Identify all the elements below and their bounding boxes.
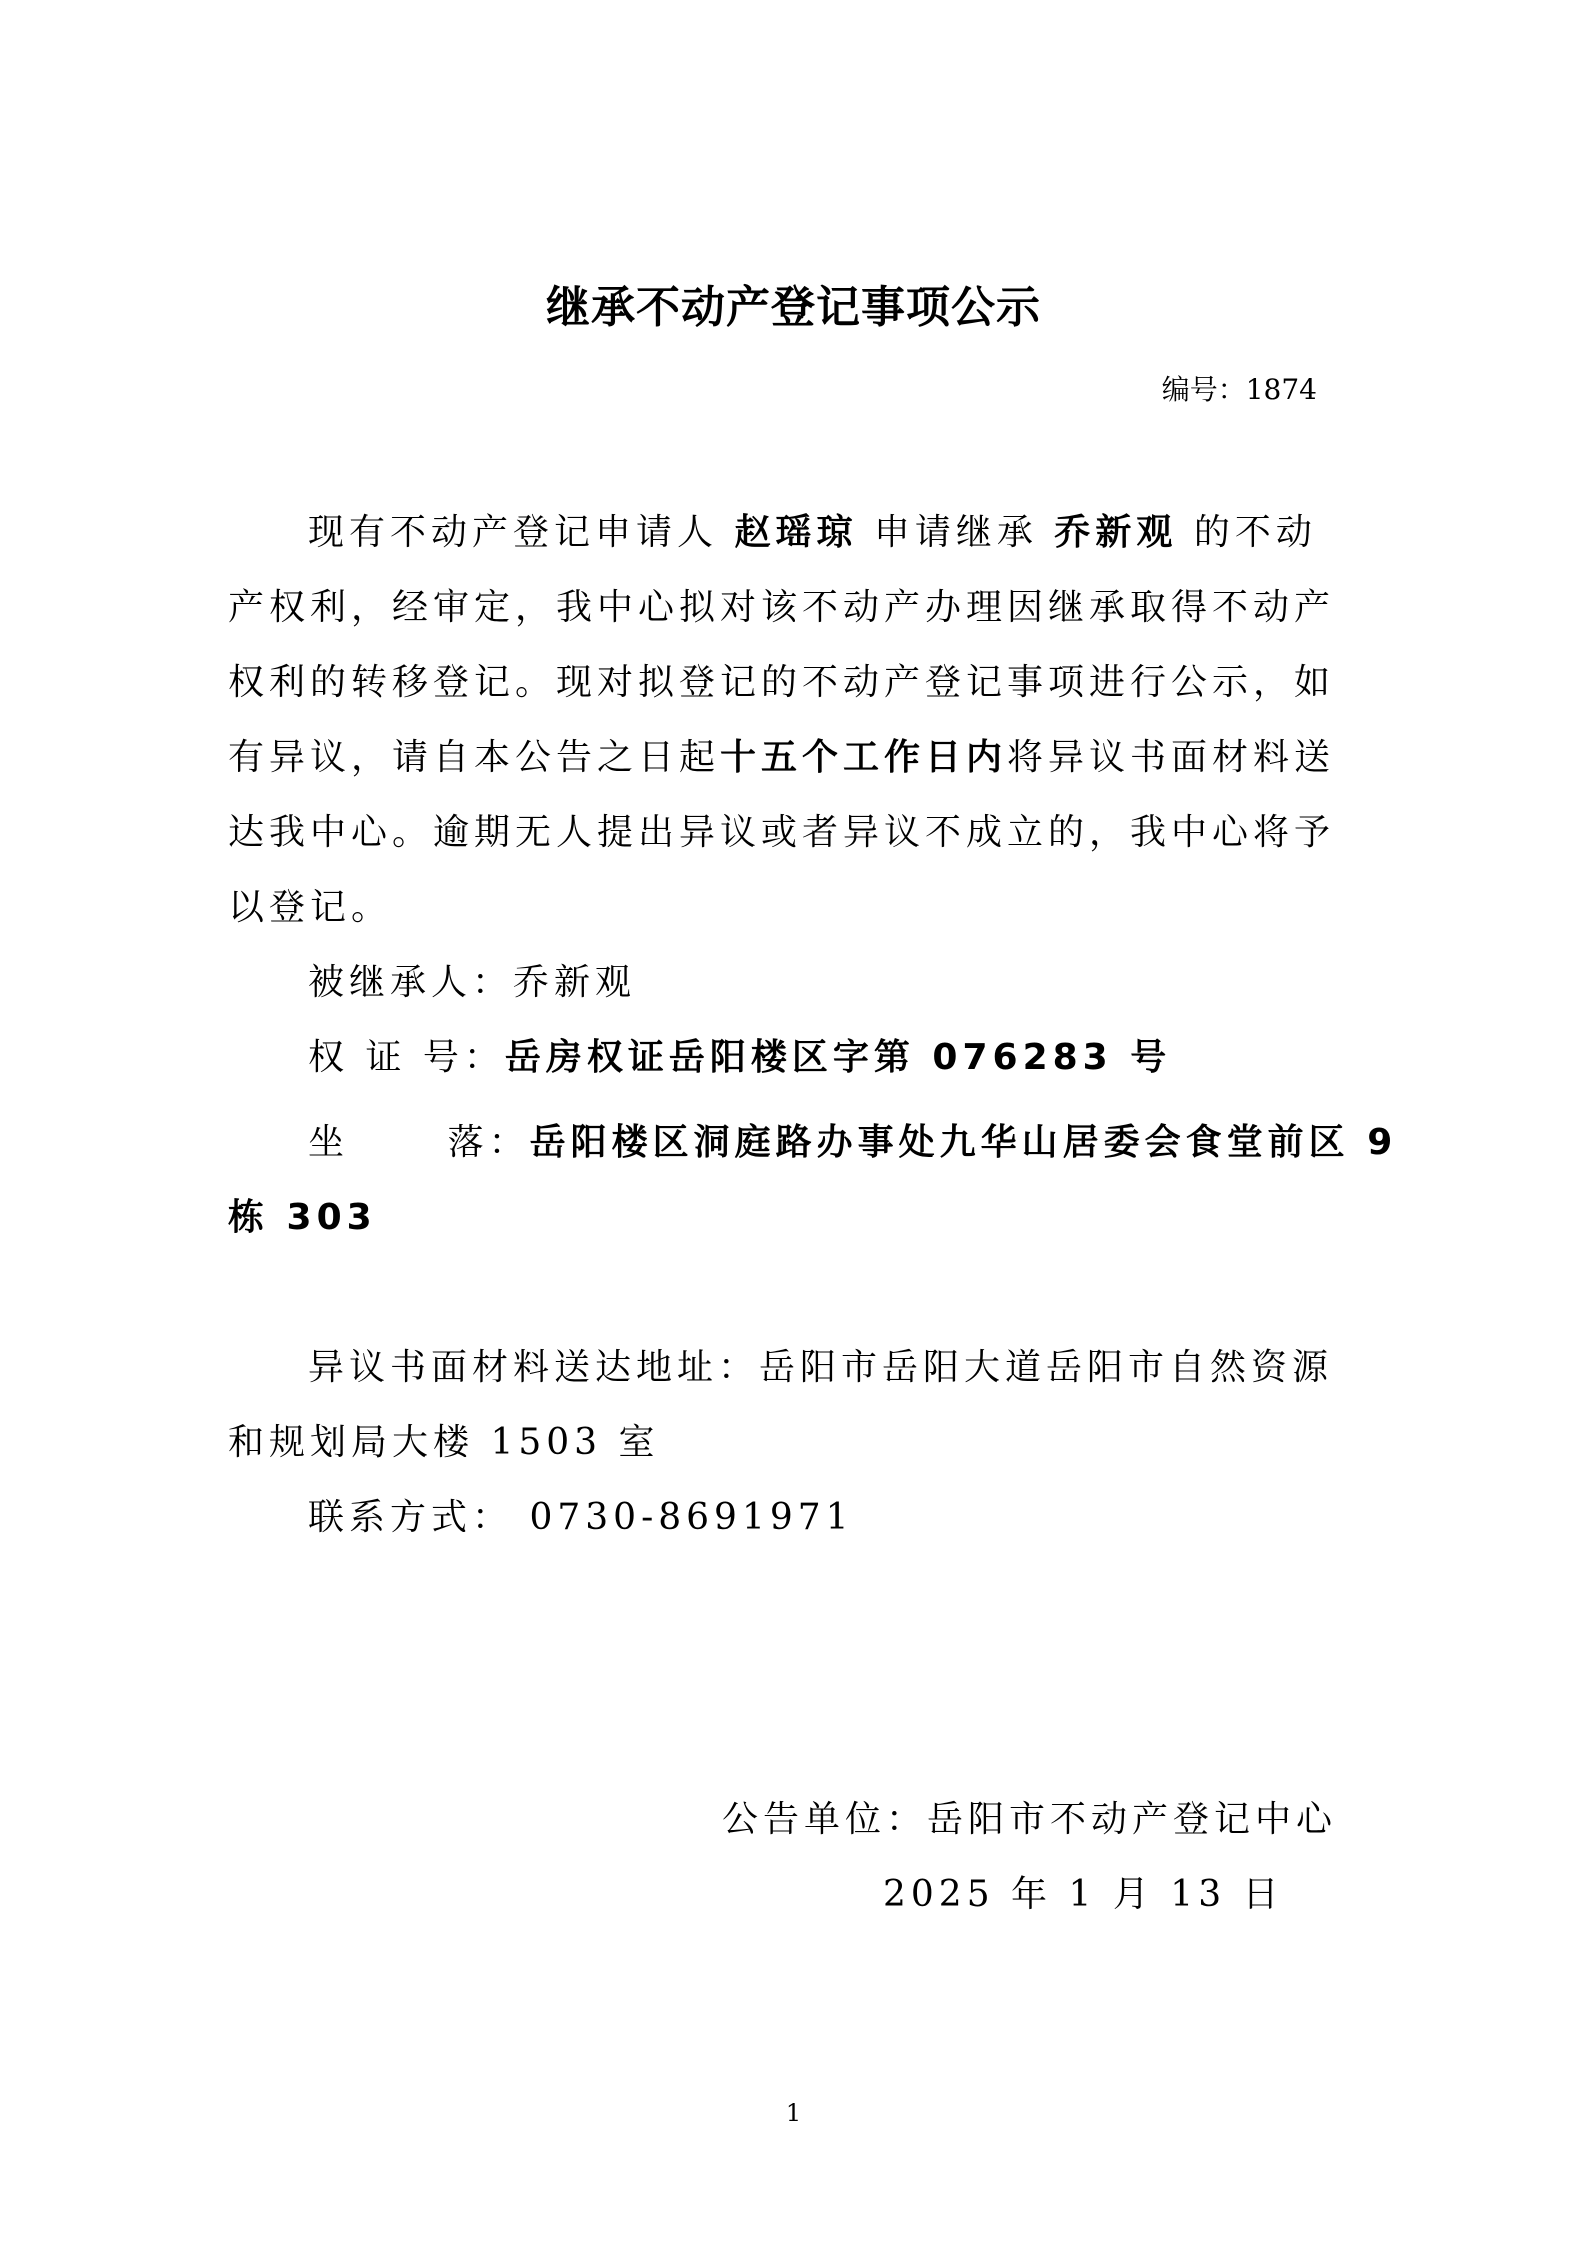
applicant-name: 赵瑶琼: [734, 512, 857, 553]
issue-date: 2025 年 1 月 13 日: [883, 1875, 1284, 1915]
location-label: 坐 落：: [308, 1122, 530, 1163]
objection-address-line-2: 和规划局大楼 1503 室: [228, 1423, 660, 1463]
paragraph-line-6: 以登记。: [228, 888, 392, 928]
decedent-value: 乔新观: [513, 962, 636, 1003]
text-run: 申请继承: [857, 512, 1054, 553]
paragraph-line-5: 达我中心。逾期无人提出异议或者异议不成立的，我中心将予: [228, 813, 1335, 853]
text-run: 将异议书面材料送: [1007, 737, 1335, 778]
deadline-emphasis: 十五个工作日内: [720, 737, 1007, 778]
text-run: 有异议，请自本公告之日起: [228, 737, 720, 778]
decedent-label: 被继承人：: [308, 962, 513, 1003]
decedent-field: 被继承人：乔新观: [308, 963, 636, 1003]
objection-address-line-1: 异议书面材料送达地址：岳阳市岳阳大道岳阳市自然资源: [308, 1348, 1333, 1388]
paragraph-line-4: 有异议，请自本公告之日起十五个工作日内将异议书面材料送: [228, 738, 1335, 778]
document-title: 继承不动产登记事项公示: [0, 278, 1587, 338]
location-field: 坐 落：岳阳楼区洞庭路办事处九华山居委会食堂前区 9: [308, 1123, 1397, 1163]
location-value: 岳阳楼区洞庭路办事处九华山居委会食堂前区 9: [530, 1122, 1398, 1163]
text-run: 现有不动产登记申请人: [308, 512, 734, 553]
contact-phone: 0730-8691971: [513, 1497, 854, 1538]
decedent-name: 乔新观: [1054, 512, 1177, 553]
certificate-value: 岳房权证岳阳楼区字第 076283 号: [505, 1037, 1171, 1078]
location-value-continued: 栋 303: [228, 1198, 377, 1238]
paragraph-line-3: 权利的转移登记。现对拟登记的不动产登记事项进行公示，如: [228, 663, 1335, 703]
page-number: 1: [0, 2098, 1587, 2128]
contact-label: 联系方式：: [308, 1497, 513, 1538]
paragraph-line-1: 现有不动产登记申请人 赵瑶琼 申请继承 乔新观 的不动: [308, 513, 1317, 553]
text-run: 的不动: [1177, 512, 1316, 553]
document-number: 编号：1874: [1162, 370, 1317, 410]
certificate-label: 权 证 号：: [308, 1037, 505, 1078]
contact-field: 联系方式： 0730-8691971: [308, 1498, 854, 1538]
paragraph-line-2: 产权利，经审定，我中心拟对该不动产办理因继承取得不动产: [228, 588, 1335, 628]
certificate-field: 权 证 号：岳房权证岳阳楼区字第 076283 号: [308, 1038, 1171, 1078]
issuer: 公告单位：岳阳市不动产登记中心: [722, 1800, 1337, 1840]
